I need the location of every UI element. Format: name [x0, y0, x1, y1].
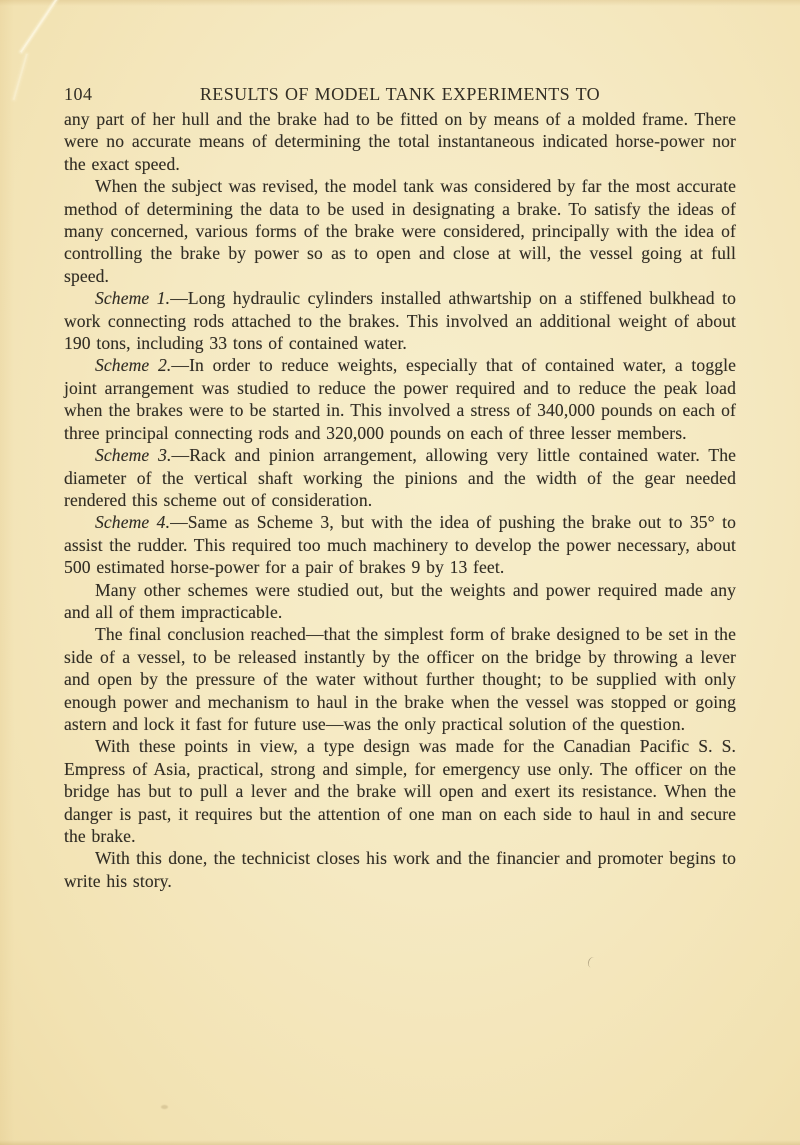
paragraph: Scheme 1.—Long hydraulic cylinders insta… — [64, 287, 736, 354]
running-title: RESULTS OF MODEL TANK EXPERIMENTS TO — [64, 84, 736, 104]
scheme-label: Scheme 1. — [95, 288, 170, 308]
scheme-label: Scheme 2. — [95, 355, 171, 375]
scheme-label: Scheme 3. — [95, 445, 172, 465]
page-header: 104 RESULTS OF MODEL TANK EXPERIMENTS TO — [64, 84, 736, 104]
paragraph: Scheme 2.—In order to reduce weights, es… — [64, 354, 736, 444]
scheme-label: Scheme 4. — [95, 512, 170, 532]
page-crease-mark — [20, 0, 58, 53]
paragraph: Many other schemes were studied out, but… — [64, 579, 736, 624]
paragraph: When the subject was revised, the model … — [64, 175, 736, 287]
paragraph: Scheme 3.—Rack and pinion arrangement, a… — [64, 444, 736, 511]
page-crease-mark — [13, 53, 28, 100]
paragraph: Scheme 4.—Same as Scheme 3, but with the… — [64, 511, 736, 578]
paragraph-text: The final conclusion reached—that the si… — [64, 624, 736, 734]
paragraph-text: With these points in view, a type design… — [64, 736, 736, 846]
body-text: any part of her hull and the brake had t… — [64, 108, 736, 892]
paragraph-text: With this done, the technicist closes hi… — [64, 848, 736, 890]
paragraph: The final conclusion reached—that the si… — [64, 623, 736, 735]
paper-speck — [161, 1105, 168, 1109]
scratch-mark — [587, 956, 599, 969]
paragraph: With these points in view, a type design… — [64, 735, 736, 847]
paragraph-text: Many other schemes were studied out, but… — [64, 580, 736, 622]
paragraph: any part of her hull and the brake had t… — [64, 108, 736, 175]
paragraph: With this done, the technicist closes hi… — [64, 847, 736, 892]
page-number: 104 — [64, 84, 93, 104]
paragraph-text: When the subject was revised, the model … — [64, 176, 736, 286]
paragraph-text: any part of her hull and the brake had t… — [64, 109, 736, 174]
book-page: 104 RESULTS OF MODEL TANK EXPERIMENTS TO… — [0, 0, 800, 1145]
